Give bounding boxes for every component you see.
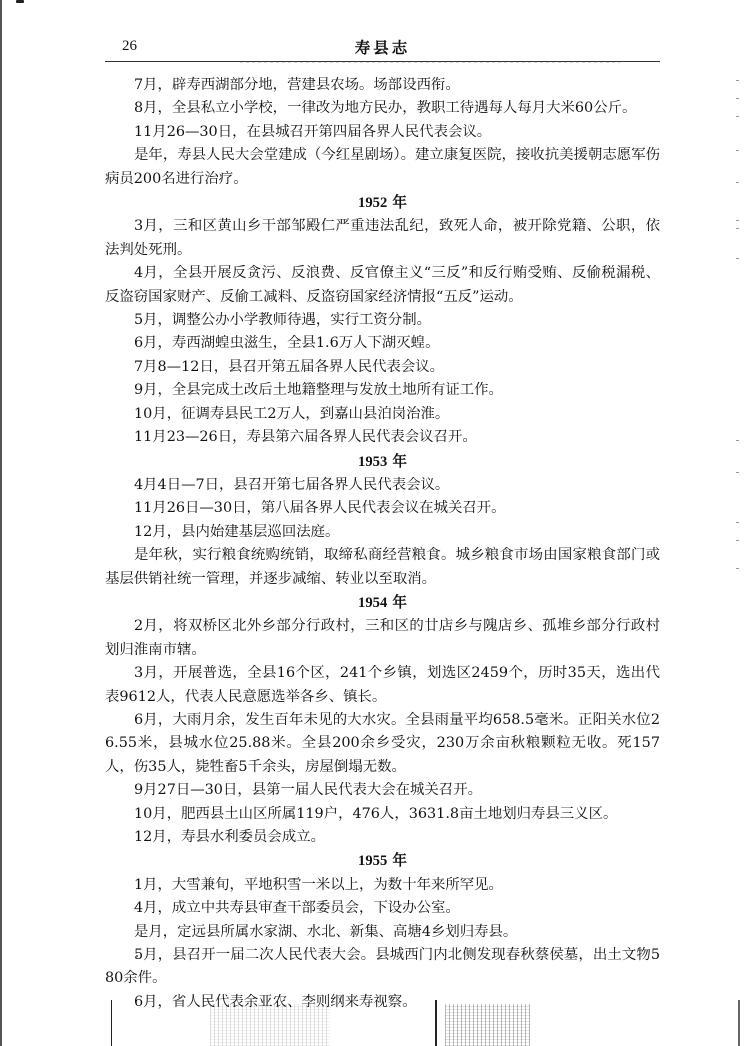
entry-paragraph: 11月26日—30日，第八届各界人民代表会议在城关召开。 bbox=[105, 497, 660, 520]
year-number: 1955 bbox=[358, 853, 387, 869]
entry-paragraph: 10月，征调寿县民工2万人，到嘉山县泊岗治淮。 bbox=[105, 403, 660, 426]
entry-paragraph: 7月，辟寿西湖部分地，营建县农场。场部设西衔。 bbox=[105, 74, 660, 97]
scan-bottom-artifacts bbox=[0, 1000, 747, 1046]
year-number: 1954 bbox=[358, 595, 387, 611]
entry-paragraph: 是年秋，实行粮食统购统销，取缔私商经营粮食。城乡粮食市场由国家粮食部门或基层供销… bbox=[105, 544, 660, 591]
page-body: 7月，辟寿西湖部分地，营建县农场。场部设西衔。 8月，全县私立小学校，一律改为地… bbox=[105, 74, 660, 1014]
entry-paragraph: 7月8—12日，县召开第五届各界人民代表会议。 bbox=[105, 356, 660, 379]
entry-paragraph: 9月，全县完成土改后土地籍整理与发放土地所有证工作。 bbox=[105, 379, 660, 402]
entry-paragraph: 5月，县召开一届二次人民代表大会。县城西门内北侧发现春秋蔡侯墓，出土文物580余… bbox=[105, 944, 660, 991]
header-rule-scan-noise bbox=[240, 62, 620, 63]
book-title: 寿县志 bbox=[105, 36, 660, 58]
entry-paragraph: 11月23—26日，寿县第六届各界人民代表会议召开。 bbox=[105, 426, 660, 449]
section-1951-continued: 7月，辟寿西湖部分地，营建县农场。场部设西衔。 8月，全县私立小学校，一律改为地… bbox=[105, 74, 660, 191]
section-1955: 1955 年 1月，大雪兼旬，平地积雪一米以上，为数十年来所罕见。 4月，成立中… bbox=[105, 849, 660, 1014]
entry-paragraph: 是月，定远县所属水家湖、水北、新集、高塘4乡划归寿县。 bbox=[105, 921, 660, 944]
entry-paragraph: 6月，大雨月余，发生百年未见的大水灾。全县雨量平均658.5毫米。正阳关水位26… bbox=[105, 709, 660, 779]
year-heading-1955: 1955 年 bbox=[105, 849, 660, 873]
entry-paragraph: 8月，全县私立小学校，一律改为地方民办，教职工待遇每人每月大米60公斤。 bbox=[105, 97, 660, 120]
entry-paragraph: 1月，大雪兼旬，平地积雪一米以上，为数十年来所罕见。 bbox=[105, 874, 660, 897]
entry-paragraph: 5月，调整公办小学教师待遇，实行工资分制。 bbox=[105, 309, 660, 332]
entry-paragraph: 3月，三和区黄山乡干部邹殿仁严重违法乱纪，致死人命，被开除党籍、公职，依法判处死… bbox=[105, 215, 660, 262]
year-number: 1952 bbox=[358, 195, 387, 211]
entry-paragraph: 12月，县内始建基层巡回法庭。 bbox=[105, 521, 660, 544]
entry-paragraph: 4月4日—7日，县召开第七届各界人民代表会议。 bbox=[105, 474, 660, 497]
entry-paragraph: 6月，寿西湖蝗虫滋生，全县1.6万人下湖灭蝗。 bbox=[105, 332, 660, 355]
entry-paragraph: 9月27日—30日，县第一届人民代表大会在城关召开。 bbox=[105, 779, 660, 802]
scan-artifact-noise bbox=[210, 1004, 330, 1046]
entry-paragraph: 10月，肥西县土山区所属119户，476人，3631.8亩土地划归寿县三义区。 bbox=[105, 803, 660, 826]
scan-artifact-noise bbox=[445, 1004, 530, 1046]
entry-paragraph: 11月26—30日，在县城召开第四届各界人民代表会议。 bbox=[105, 121, 660, 144]
entry-paragraph: 3月，开展普选，全县16个区，241个乡镇，划选区2459个，历时35天，选出代… bbox=[105, 662, 660, 709]
section-1954: 1954 年 2月，将双桥区北外乡部分行政村，三和区的廿店乡与隗店乡、孤堆乡部分… bbox=[105, 591, 660, 849]
year-suffix: 年 bbox=[392, 194, 407, 211]
entry-paragraph: 是年，寿县人民大会堂建成（今红星剧场）。建立康复医院，接收抗美援朝志愿军伤病员2… bbox=[105, 144, 660, 191]
section-1953: 1953 年 4月4日—7日，县召开第七届各界人民代表会议。 11月26日—30… bbox=[105, 450, 660, 591]
running-header: 26 寿县志 bbox=[105, 36, 660, 60]
entry-paragraph: 2月，将双桥区北外乡部分行政村，三和区的廿店乡与隗店乡、孤堆乡部分行政村划归淮南… bbox=[105, 615, 660, 662]
year-suffix: 年 bbox=[392, 594, 407, 611]
year-heading-1954: 1954 年 bbox=[105, 591, 660, 615]
year-heading-1952: 1952 年 bbox=[105, 191, 660, 215]
scanned-page-left-edge bbox=[0, 0, 2, 1046]
entry-paragraph: 4月，成立中共寿县审查干部委员会，下设办公室。 bbox=[105, 897, 660, 920]
entry-paragraph: 12月，寿县水利委员会成立。 bbox=[105, 826, 660, 849]
year-heading-1953: 1953 年 bbox=[105, 450, 660, 474]
year-suffix: 年 bbox=[392, 852, 407, 869]
year-number: 1953 bbox=[358, 454, 387, 470]
scan-artifact-line bbox=[111, 1000, 112, 1046]
year-suffix: 年 bbox=[392, 453, 407, 470]
scan-right-edge-specks bbox=[733, 0, 743, 1046]
entry-paragraph: 4月，全县开展反贪污、反浪费、反官僚主义“三反”和反行贿受贿、反偷税漏税、反盗窃… bbox=[105, 262, 660, 309]
scan-artifact-line bbox=[435, 1000, 437, 1046]
section-1952: 1952 年 3月，三和区黄山乡干部邹殿仁严重违法乱纪，致死人命，被开除党籍、公… bbox=[105, 191, 660, 449]
scan-speck bbox=[136, 955, 138, 957]
scan-speck bbox=[16, 0, 24, 3]
